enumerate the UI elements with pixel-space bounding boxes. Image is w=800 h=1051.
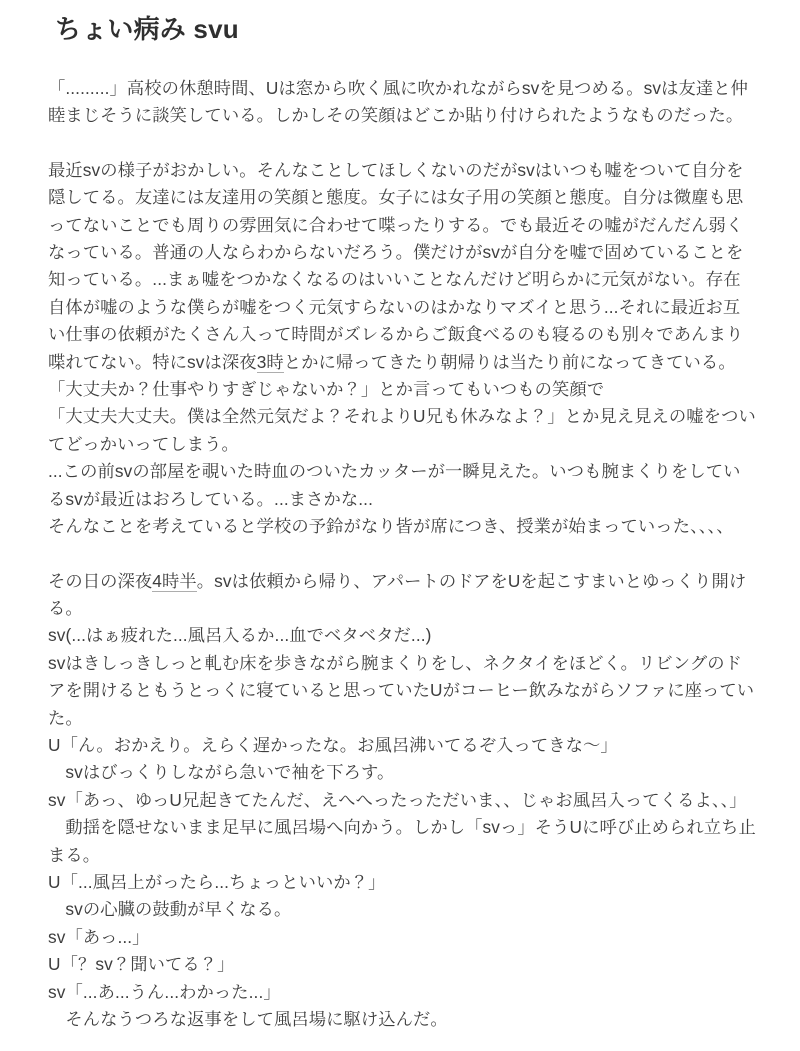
text-line: sv「あっ...」 <box>48 924 756 951</box>
text-line: 「.........」高校の休憩時間、Uは窓から吹く風に吹かれながらsvを見つめ… <box>48 75 756 130</box>
text-run: ...この前svの部屋を覗いた時血のついたカッターが一瞬見えた。いつも腕まくりを… <box>48 461 741 508</box>
text-run: sv(...はぁ疲れた...風呂入るか...血でベタベタだ...) <box>48 625 432 645</box>
text-run: 「大丈夫大丈夫。僕は全然元気だよ？それよりU兄も休みなよ？」とか見え見えの嘘をつ… <box>48 406 756 453</box>
text-line: sv「...あ...うん...わかった...」 <box>48 979 756 1006</box>
text-run: svはびっくりしながら急いで袖を下ろす。 <box>48 762 394 782</box>
text-run: そんなうつろな返事をして風呂場に駆け込んだ。 <box>48 1009 448 1029</box>
text-line: 最近svの様子がおかしい。そんなことしてほしくないのだがsvはいつも嘘をついて自… <box>48 157 756 404</box>
time-detector-link[interactable]: 4時半 <box>152 571 196 592</box>
page-title: ちょい病み svu <box>55 10 756 48</box>
text-line: sv「あっ、ゆっU兄起きてたんだ、えへへったっただいま、、じゃお風呂入ってくるよ… <box>48 787 756 814</box>
text-line: その日の深夜4時半。svは依頼から帰り、アパートのドアをUを起こすまいとゆっくり… <box>48 568 756 623</box>
text-run: sv「...あ...うん...わかった...」 <box>48 982 281 1002</box>
text-line: 動揺を隠せないまま足早に風呂場へ向かう。しかし「svっ」そうUに呼び止められ立ち… <box>48 814 756 869</box>
text-line: そんなうつろな返事をして風呂場に駆け込んだ。 <box>48 1006 756 1033</box>
text-run: U「？sv？聞いてる？」 <box>48 954 235 974</box>
text-line: ...この前svの部屋を覗いた時血のついたカッターが一瞬見えた。いつも腕まくりを… <box>48 458 756 513</box>
text-run: sv「あっ、ゆっU兄起きてたんだ、えへへったっただいま、、じゃお風呂入ってくるよ… <box>48 790 747 810</box>
time-detector-link[interactable]: 3時 <box>257 352 284 373</box>
paragraph: その日の深夜4時半。svは依頼から帰り、アパートのドアをUを起こすまいとゆっくり… <box>48 568 756 1034</box>
text-run: sv「あっ...」 <box>48 927 150 947</box>
paragraph: 最近svの様子がおかしい。そんなことしてほしくないのだがsvはいつも嘘をついて自… <box>48 157 756 541</box>
text-run: 動揺を隠せないまま足早に風呂場へ向かう。しかし「svっ」そうUに呼び止められ立ち… <box>48 817 756 864</box>
text-run: svの心臓の鼓動が早くなる。 <box>48 899 291 919</box>
text-run: U「...風呂上がったら...ちょっといいか？」 <box>48 872 385 892</box>
text-run: そんなことを考えていると学校の予鈴がなり皆が席につき、授業が始まっていった、、、… <box>48 516 734 536</box>
text-line: svはびっくりしながら急いで袖を下ろす。 <box>48 759 756 786</box>
text-line: U「...風呂上がったら...ちょっといいか？」 <box>48 869 756 896</box>
text-line: 「大丈夫大丈夫。僕は全然元気だよ？それよりU兄も休みなよ？」とか見え見えの嘘をつ… <box>48 403 756 458</box>
text-line: svはきしっきしっと軋む床を歩きながら腕まくりをし、ネクタイをほどく。リビングの… <box>48 650 756 732</box>
paragraph: 「.........」高校の休憩時間、Uは窓から吹く風に吹かれながらsvを見つめ… <box>48 75 756 130</box>
text-line: U「ん。おかえり。えらく遅かったな。お風呂沸いてるぞ入ってきな〜」 <box>48 732 756 759</box>
text-line: U「？sv？聞いてる？」 <box>48 951 756 978</box>
text-run: その日の深夜 <box>48 571 152 591</box>
text-run: 最近svの様子がおかしい。そんなことしてほしくないのだがsvはいつも嘘をついて自… <box>48 160 743 372</box>
text-run: U「ん。おかえり。えらく遅かったな。お風呂沸いてるぞ入ってきな〜」 <box>48 735 618 755</box>
text-line: svの心臓の鼓動が早くなる。 <box>48 896 756 923</box>
page: ちょい病み svu 「.........」高校の休憩時間、Uは窓から吹く風に吹か… <box>0 0 800 1051</box>
story-content: 「.........」高校の休憩時間、Uは窓から吹く風に吹かれながらsvを見つめ… <box>48 75 756 1033</box>
text-run: svはきしっきしっと軋む床を歩きながら腕まくりをし、ネクタイをほどく。リビングの… <box>48 653 754 728</box>
text-line: そんなことを考えていると学校の予鈴がなり皆が席につき、授業が始まっていった、、、… <box>48 513 756 540</box>
text-run: 「.........」高校の休憩時間、Uは窓から吹く風に吹かれながらsvを見つめ… <box>48 78 748 125</box>
text-line: sv(...はぁ疲れた...風呂入るか...血でベタベタだ...) <box>48 622 756 649</box>
